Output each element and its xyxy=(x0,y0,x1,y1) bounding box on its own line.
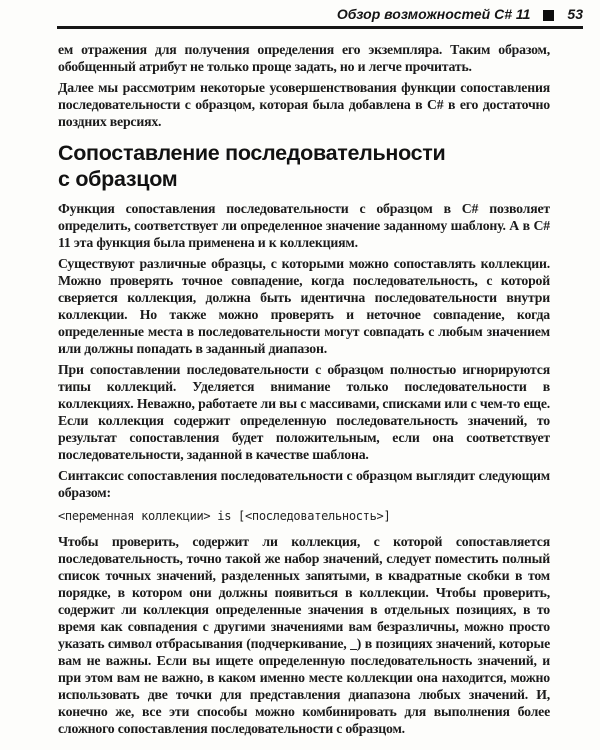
section-heading-line1: Сопоставление последовательности xyxy=(58,141,445,165)
paragraph-intro-2: Далее мы рассмотрим некоторые усовершенс… xyxy=(58,79,550,130)
paragraph-body-5: Чтобы проверить, содержит ли коллекция, … xyxy=(58,533,550,737)
paragraph-body-3: При сопоставлении последовательности с о… xyxy=(58,361,550,463)
paragraph-intro-1: ем отражения для получения определения е… xyxy=(58,41,550,75)
filled-square-icon xyxy=(543,10,554,21)
running-head-title: Обзор возможностей C# 11 xyxy=(337,6,531,23)
paragraph-body-2: Существуют различные образцы, с которыми… xyxy=(58,255,550,357)
code-syntax-line: <переменная коллекции> is [<последовател… xyxy=(58,509,550,524)
page-content: ем отражения для получения определения е… xyxy=(58,41,550,741)
book-page: Обзор возможностей C# 11 53 ем отражения… xyxy=(0,0,600,750)
section-heading: Сопоставление последовательностис образц… xyxy=(58,141,550,192)
paragraph-body-4: Синтаксис сопоставления последовательнос… xyxy=(58,467,550,501)
running-head: Обзор возможностей C# 11 53 xyxy=(0,6,583,23)
paragraph-body-1: Функция сопоставления последовательности… xyxy=(58,200,550,251)
section-heading-line2: с образцом xyxy=(58,167,177,191)
page-number: 53 xyxy=(567,6,583,23)
header-rule xyxy=(57,26,583,29)
